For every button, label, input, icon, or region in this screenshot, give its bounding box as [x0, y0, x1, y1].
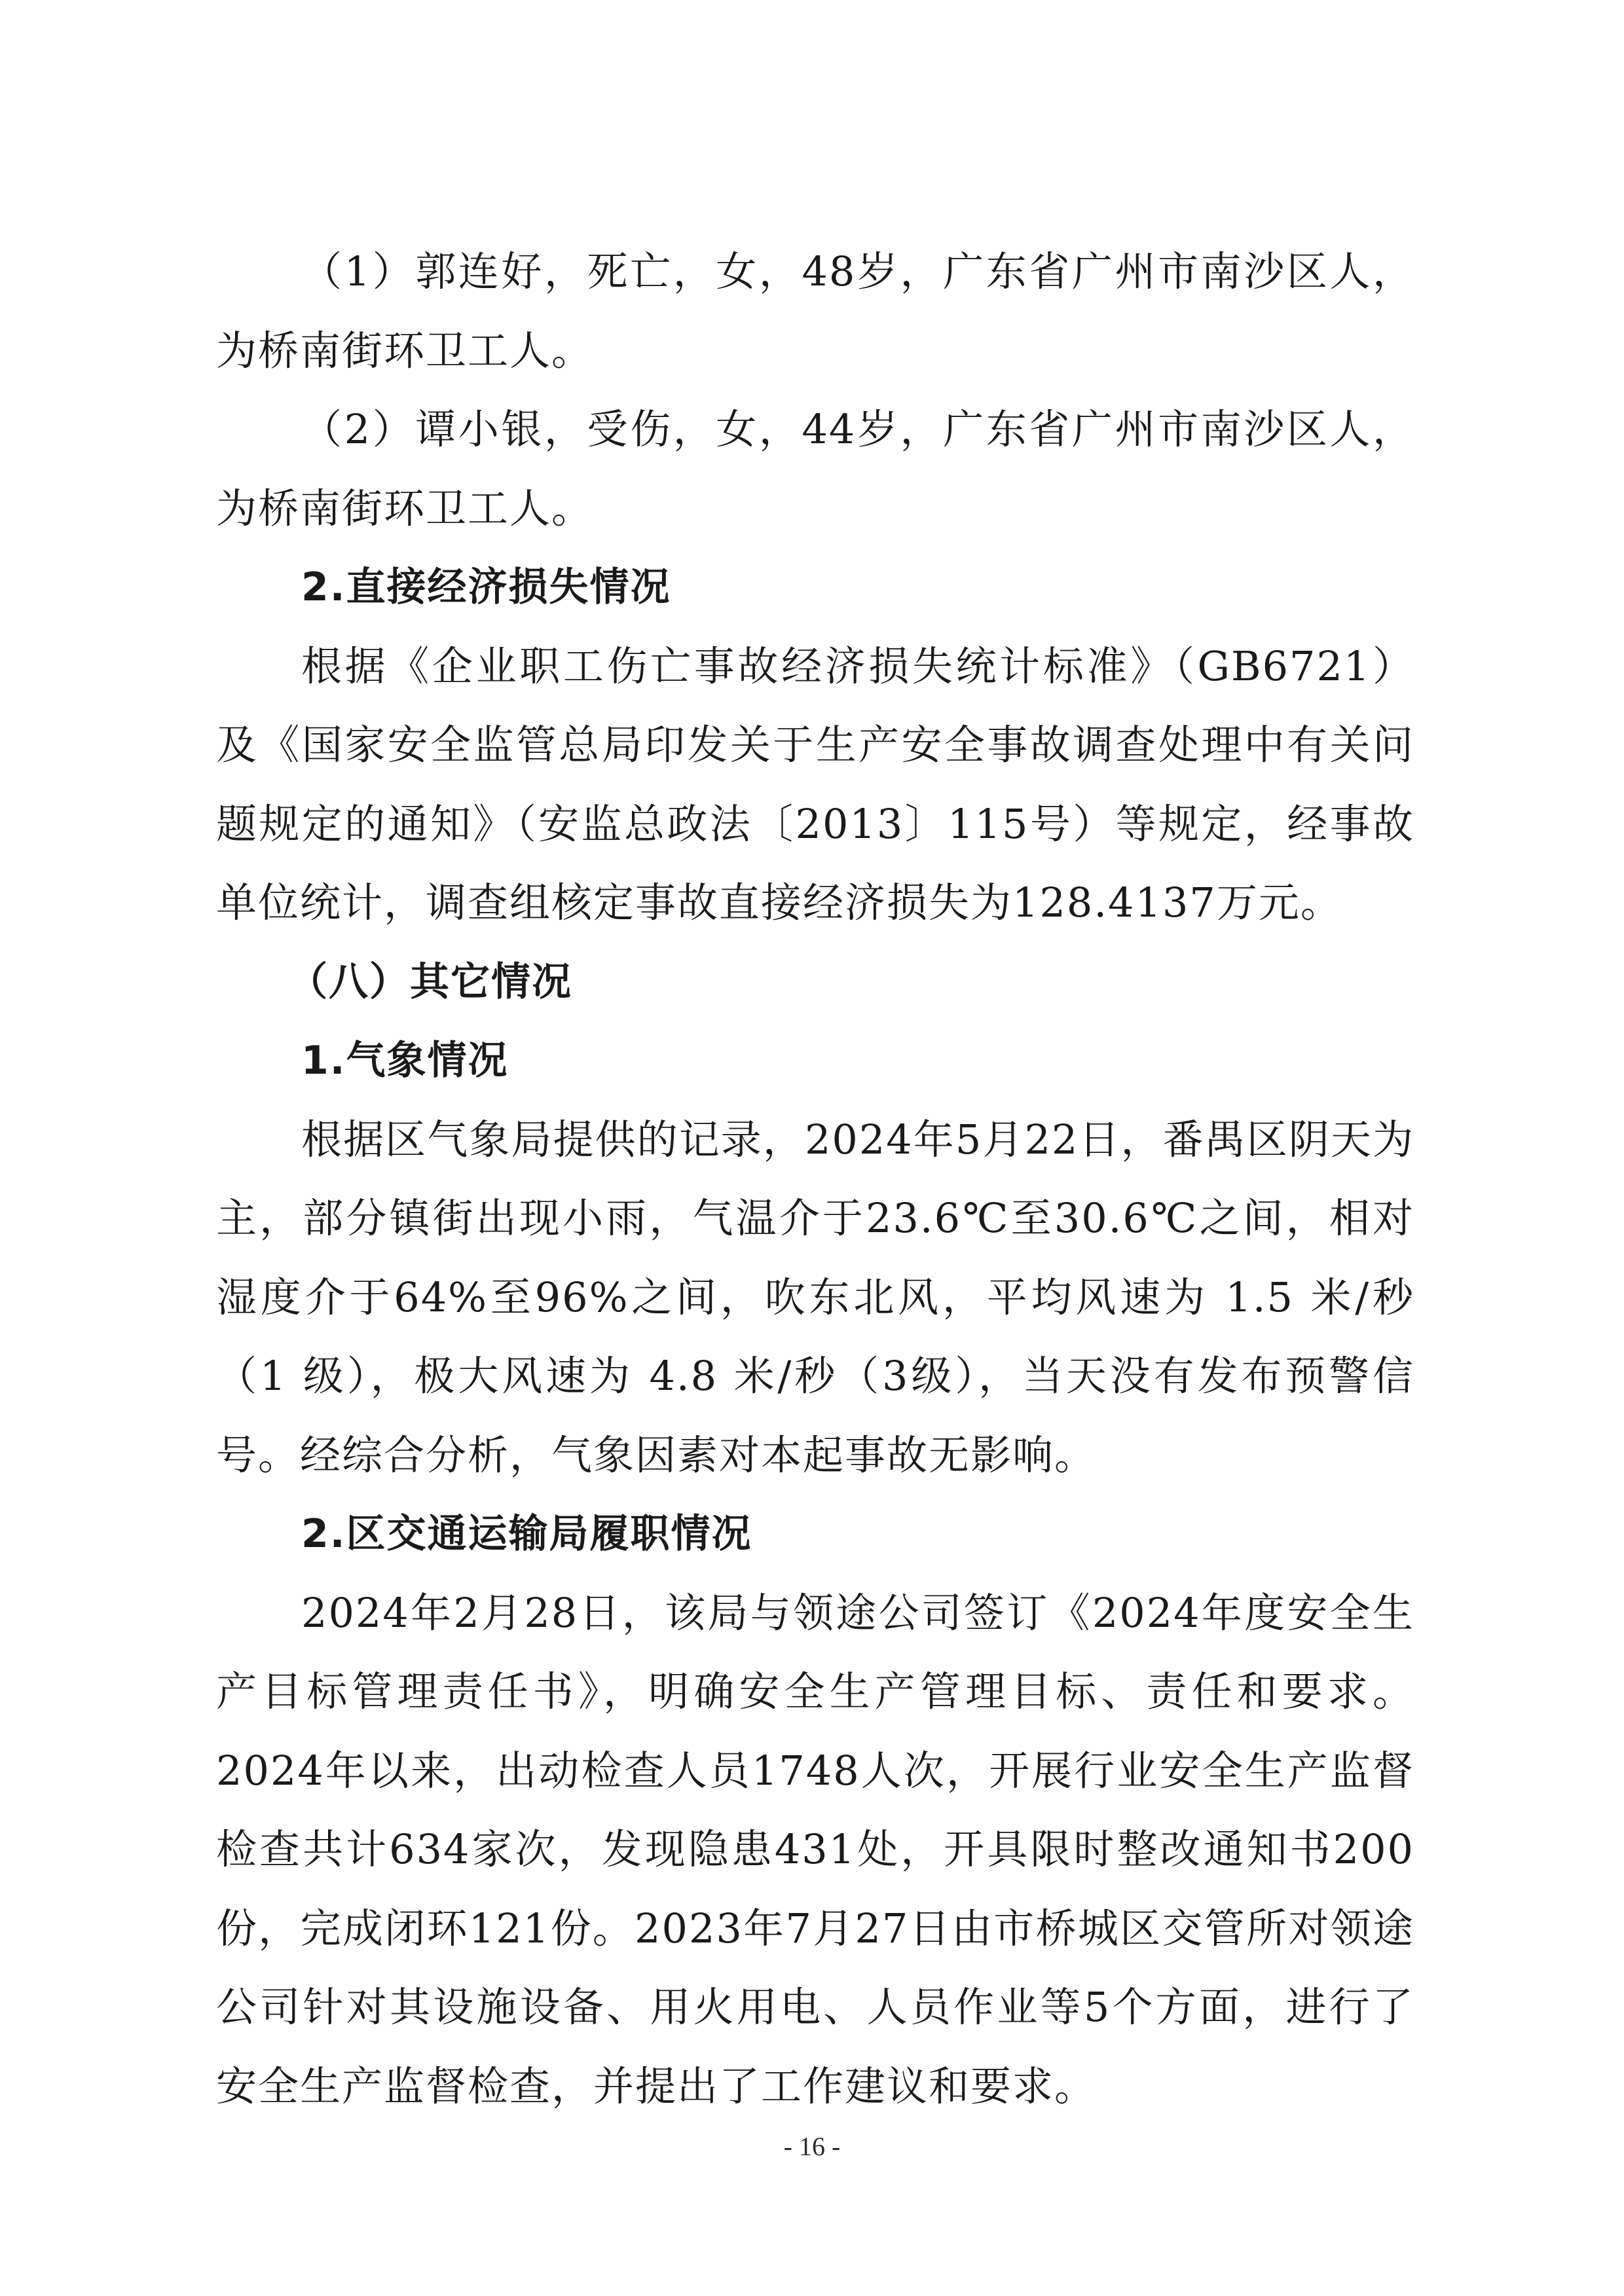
casualty-item-2: （2）谭小银，受伤，女，44岁，广东省广州市南沙区人，为桥南街环卫工人。 [216, 390, 1414, 548]
weather-paragraph: 根据区气象局提供的记录，2024年5月22日，番禺区阴天为主，部分镇街出现小雨，… [216, 1101, 1414, 1495]
casualty-item-1: （1）郭连好，死亡，女，48岁，广东省广州市南沙区人，为桥南街环卫工人。 [216, 232, 1414, 390]
section-heading-weather: 1.气象情况 [216, 1021, 1414, 1101]
section-heading-economic-loss: 2.直接经济损失情况 [216, 548, 1414, 627]
document-page: （1）郭连好，死亡，女，48岁，广东省广州市南沙区人，为桥南街环卫工人。 （2）… [216, 232, 1414, 2126]
transport-bureau-paragraph: 2024年2月28日，该局与领途公司签订《2024年度安全生产目标管理责任书》，… [216, 1574, 1414, 2126]
economic-loss-paragraph: 根据《企业职工伤亡事故经济损失统计标准》（GB6721）及《国家安全监管总局印发… [216, 627, 1414, 943]
section-heading-transport-bureau: 2.区交通运输局履职情况 [216, 1495, 1414, 1574]
page-number: - 16 - [0, 2131, 1624, 2162]
section-heading-other: （八）其它情况 [216, 943, 1414, 1022]
